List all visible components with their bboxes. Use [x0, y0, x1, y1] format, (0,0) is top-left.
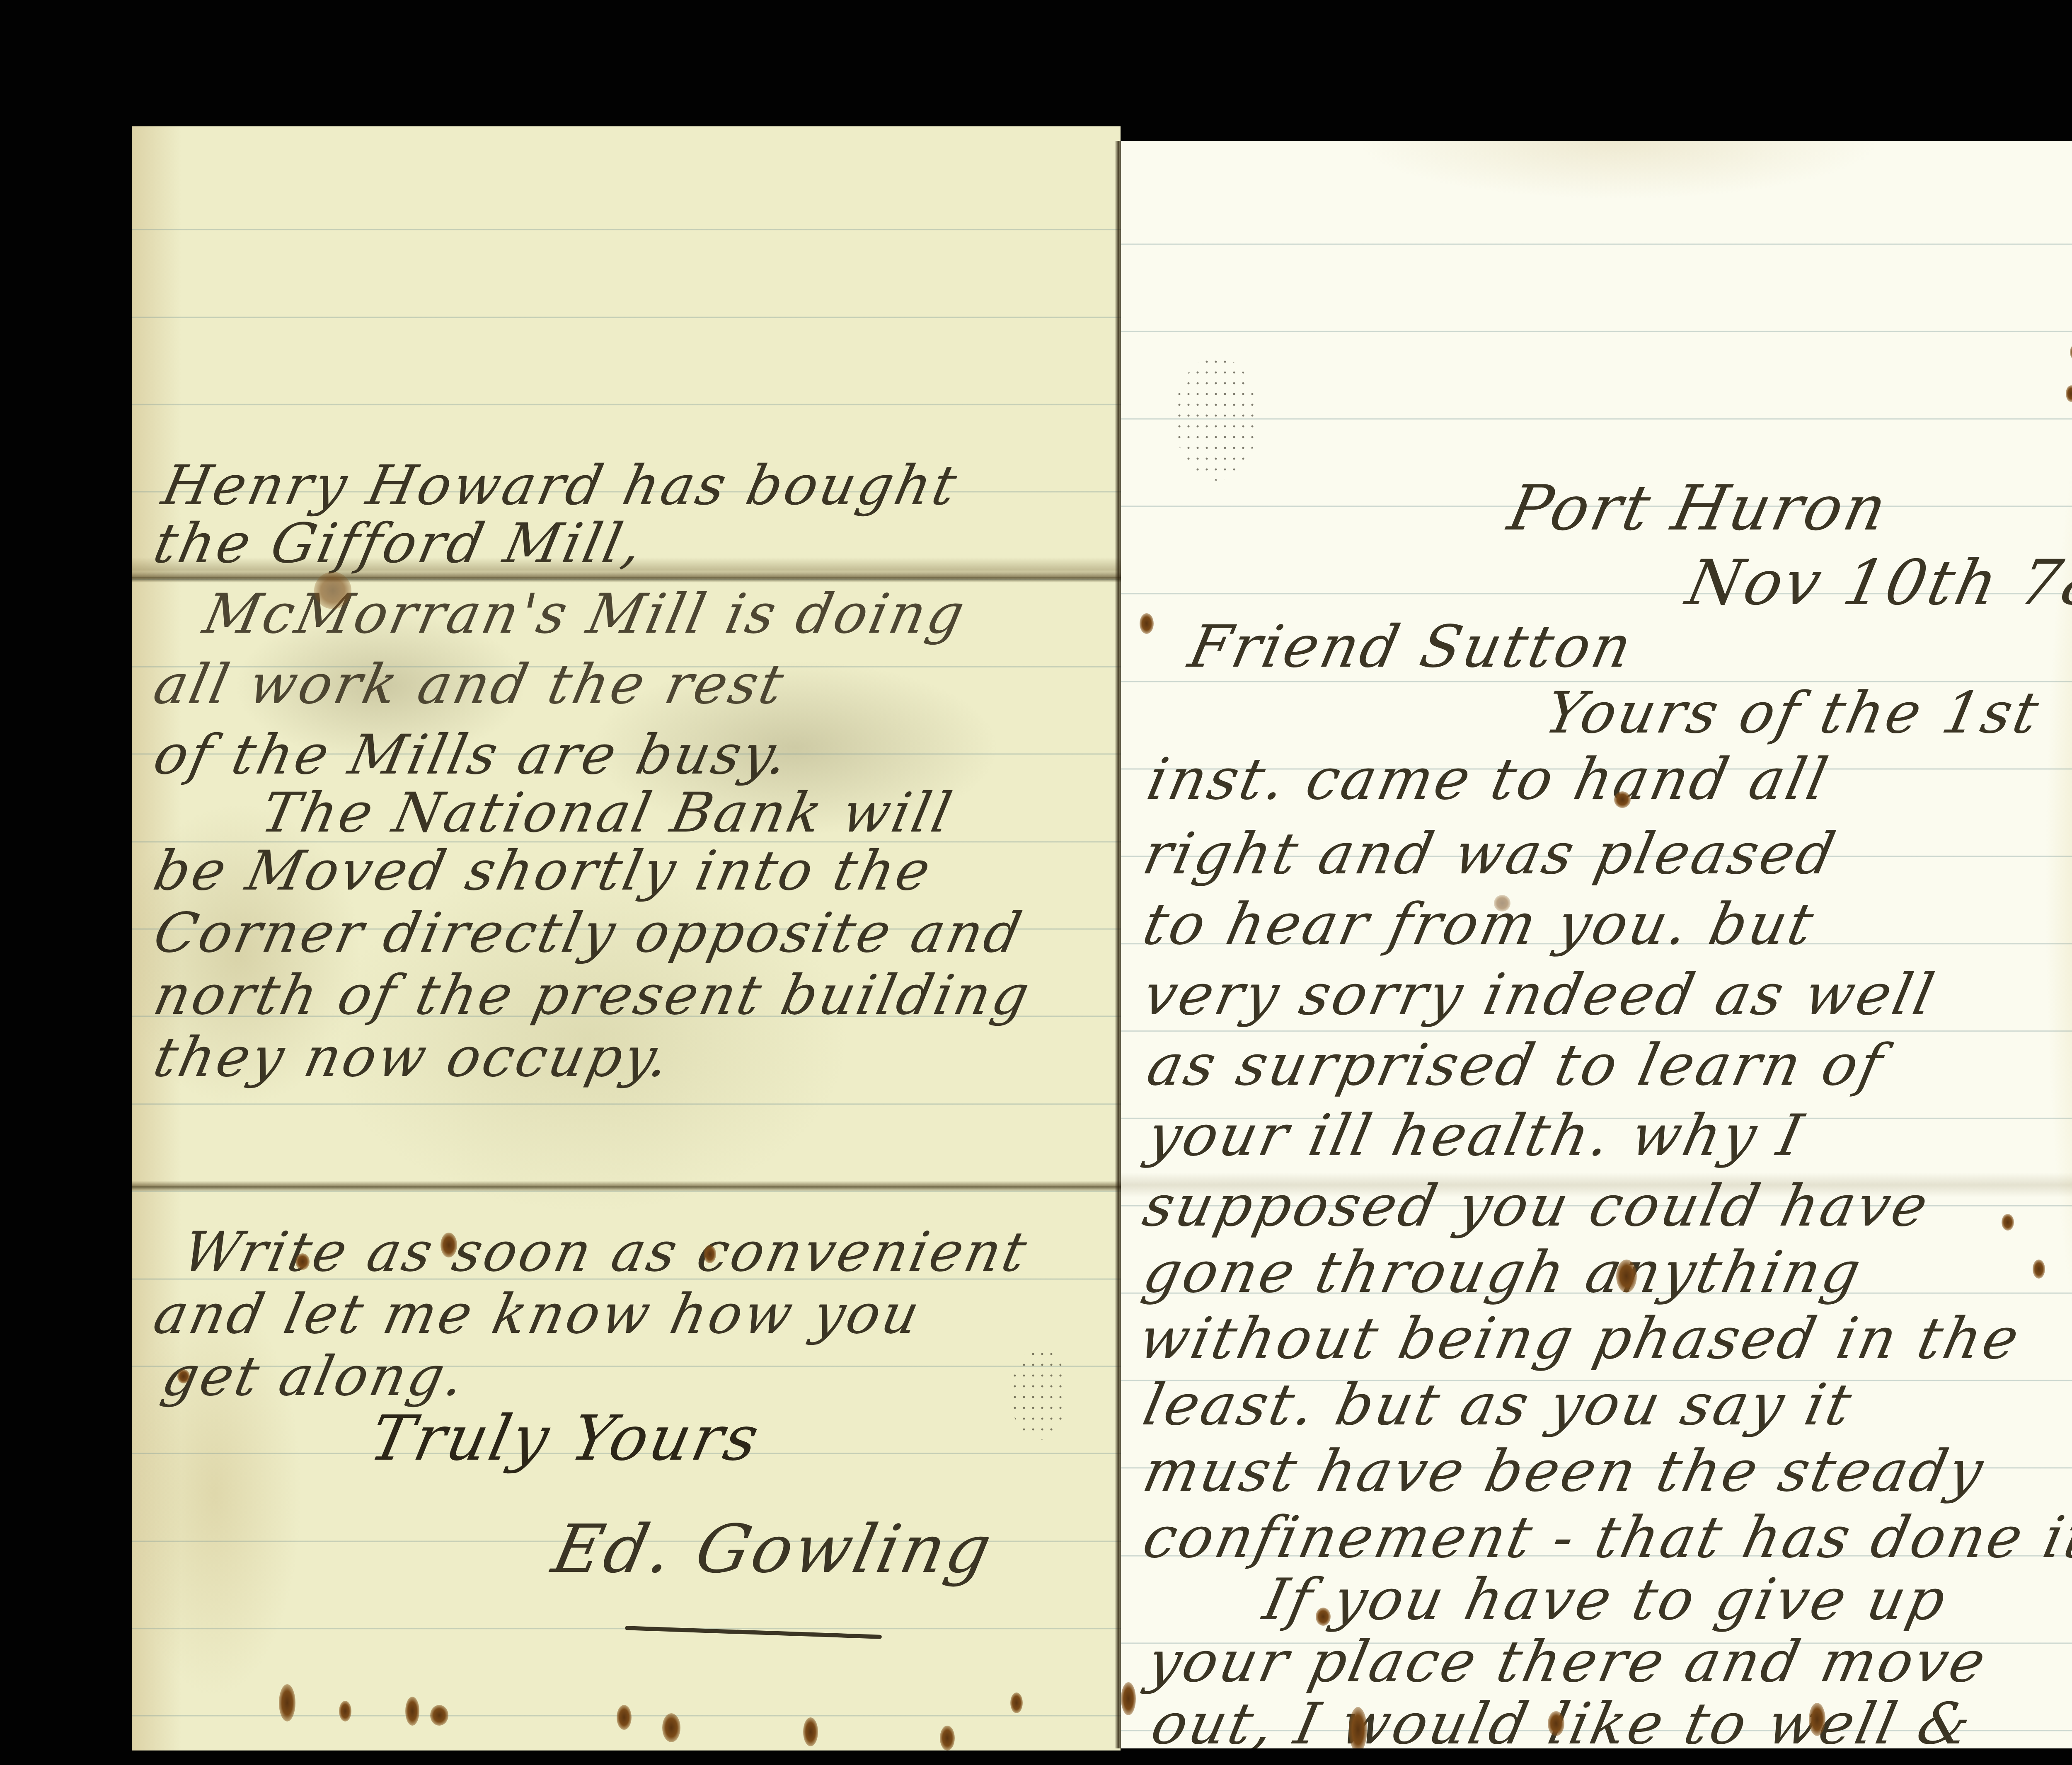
stain — [295, 1253, 310, 1270]
letter-line: your place there and move — [1142, 1628, 1994, 1695]
salutation: Friend Sutton — [1183, 613, 1640, 681]
stain — [339, 1701, 351, 1721]
stain — [1616, 1260, 1637, 1293]
letter-line: Henry Howard has bought — [157, 454, 964, 517]
letter-line: and let me know how you — [148, 1282, 927, 1346]
stain — [1614, 791, 1631, 808]
letter-line: gone through anything — [1138, 1239, 1869, 1306]
stain — [1010, 1692, 1023, 1713]
stain — [617, 1705, 632, 1730]
letter-line: Write as soon as convenient — [177, 1220, 1034, 1284]
letter-line: all work and the rest — [148, 653, 792, 716]
signature: Ed. Gowling — [546, 1510, 1000, 1588]
stain — [1494, 895, 1510, 912]
letter-line: as surprised to learn of — [1142, 1032, 1890, 1098]
ink-spatter — [1010, 1349, 1068, 1440]
stain — [279, 1684, 295, 1721]
stain — [2033, 1260, 2045, 1279]
stain — [441, 1233, 457, 1257]
letter-line: right and was pleased — [1138, 820, 1843, 887]
letter-page-left: Henry Howard has bought the Gifford Mill… — [132, 126, 1121, 1750]
letter-line: your ill health. why I — [1142, 1102, 1811, 1169]
letter-place: Port Huron — [1502, 472, 1895, 544]
fold-crease — [132, 1181, 1121, 1192]
letter-line: Yours of the 1st — [1539, 679, 2047, 746]
stain — [1349, 1707, 1367, 1748]
letter-line: inst. came to hand all — [1142, 746, 1835, 812]
stain — [1121, 1682, 1136, 1715]
letter-line: must have been the steady — [1138, 1438, 1991, 1504]
stain — [405, 1697, 419, 1726]
stain — [662, 1713, 680, 1742]
stain — [177, 1369, 190, 1383]
letter-date: Nov 10th 78. — [1680, 547, 2072, 619]
letter-line: If you have to give up — [1258, 1566, 1954, 1633]
letter-line: confinement - that has done it - — [1138, 1504, 2072, 1571]
letter-page-right: Port Huron Nov 10th 78. Friend Sutton Yo… — [1121, 141, 2072, 1748]
letter-line: The National Bank will — [256, 781, 959, 845]
stain — [2002, 1214, 2014, 1231]
letter-line: very sorry indeed as well — [1138, 961, 1942, 1028]
stain — [704, 1245, 716, 1263]
letter-line: of the Mills are busy. — [148, 723, 796, 787]
letter-line: get along. — [157, 1344, 472, 1408]
ink-spatter — [1175, 356, 1258, 481]
letter-line: least. but as you say it — [1138, 1371, 1859, 1438]
stain — [940, 1726, 955, 1750]
stain — [1140, 613, 1154, 634]
letter-line: they now occupy. — [148, 1025, 678, 1089]
letter-line: Corner directly opposite and — [148, 901, 1029, 965]
letter-line: be Moved shortly into the — [148, 839, 938, 903]
stain — [1548, 1711, 1564, 1736]
stain — [314, 572, 351, 609]
stain — [430, 1705, 448, 1726]
letter-line: the Gifford Mill, — [148, 512, 650, 575]
stain — [1809, 1703, 1825, 1736]
letter-line: supposed you could have — [1138, 1173, 1936, 1239]
letter-line: north of the present building — [148, 963, 1037, 1027]
closing: Truly Yours — [364, 1402, 767, 1475]
stain — [803, 1717, 818, 1746]
letter-line: without being phased in the — [1133, 1305, 2027, 1372]
stain — [1316, 1608, 1331, 1626]
letter-line: to hear from you. but — [1138, 891, 1821, 957]
